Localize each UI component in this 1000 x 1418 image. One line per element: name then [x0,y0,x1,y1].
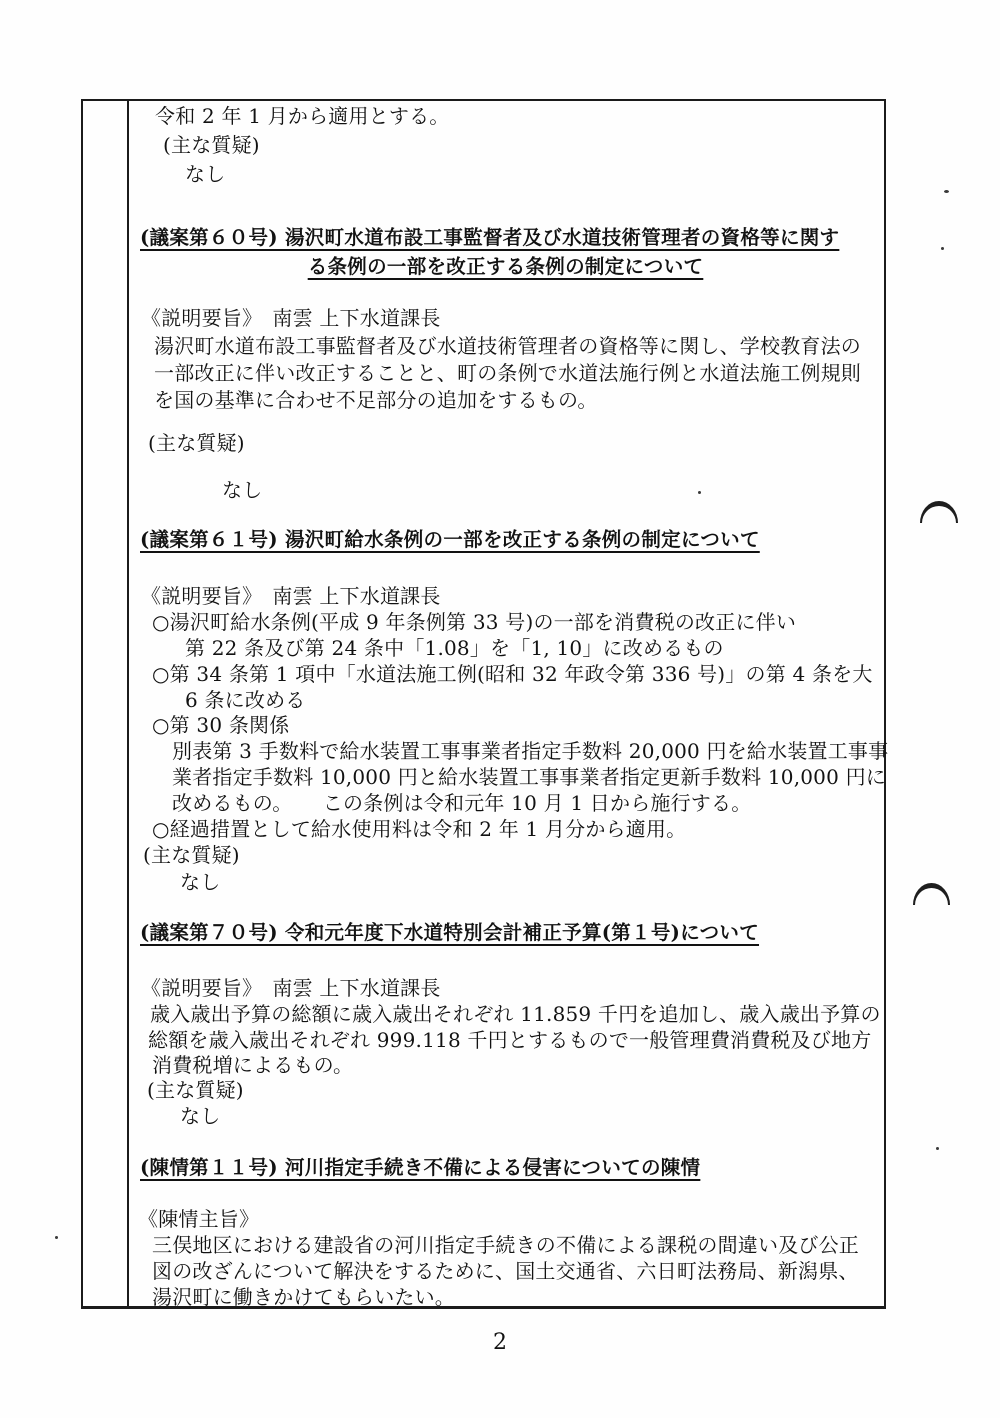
petition-11-body-line: 三俣地区における建設省の河川指定手続きの不備による課税の間違い及び公正 [152,1233,859,1258]
scan-artifact-arc [920,501,958,523]
scan-artifact-dot [55,1236,58,1239]
agenda-60-heading-line2: る条例の一部を改正する条例の制定について [130,254,881,279]
carryover-applies-line: 令和 2 年 1 月から適用とする。 [155,104,449,129]
agenda-60-body-line: 湯沢町水道布設工事監督者及び水道技術管理者の資格等に関し、学校教育法の [154,334,861,359]
agenda-60-body-line: 一部改正に伴い改正することと、町の条例で水道法施行例と水道法施工例規則 [154,361,861,386]
agenda-61-bullet-line: ○第 30 条関係 [152,713,289,738]
agenda-60-heading-line1: (議案第６０号) 湯沢町水道布設工事監督者及び水道技術管理者の資格等に関す [140,225,839,250]
petition-11-body-line: 湯沢町に働きかけてもらいたい。 [152,1285,455,1310]
agenda-61-questions-none: なし [180,870,220,895]
agenda-61-heading: (議案第６１号) 湯沢町給水条例の一部を改正する条例の制定について [140,527,760,552]
agenda-60-body-line: を国の基準に合わせ不足部分の追加をするもの。 [154,388,598,413]
agenda-70-body-line: 総額を歳入歳出それぞれ 999.118 千円とするもので一般管理費消費税及び地方 [148,1028,871,1053]
page-number: 2 [0,1330,1000,1355]
petition-11-body-line: 図の改ざんについて解決をするために、国土交通省、六日町法務局、新潟県、 [152,1259,859,1284]
agenda-70-questions-label: (主な質疑) [147,1078,244,1103]
agenda-60-questions-label: (主な質疑) [148,431,245,456]
agenda-70-presenter-line: 《説明要旨》 南雲 上下水道課長 [141,976,441,1001]
agenda-61-questions-label: (主な質疑) [143,843,240,868]
scan-artifact-arc [913,883,950,905]
agenda-60-presenter-line: 《説明要旨》 南雲 上下水道課長 [141,306,441,331]
petition-11-purpose-label: 《陳情主旨》 [138,1207,259,1232]
agenda-61-sub-line: 第 22 条及び第 24 条中「1.08」を「1, 10」に改めるもの [185,636,724,661]
agenda-61-presenter-line: 《説明要旨》 南雲 上下水道課長 [141,584,441,609]
agenda-61-sub-line: 6 条に改める [185,688,305,713]
agenda-61-sub-line: 別表第 3 手数料で給水装置工事事業者指定手数料 20,000 円を給水装置工事… [172,739,888,764]
agenda-61-bullet-line: ○経過措置として給水使用料は令和 2 年 1 月分から適用。 [152,817,686,842]
scan-artifact-dot [936,1147,939,1150]
left-margin-rule [127,100,129,1307]
carryover-questions-none: なし [185,162,225,187]
scan-artifact-dot [698,491,701,494]
petition-11-heading: (陳情第１１号) 河川指定手続き不備による侵害についての陳情 [140,1155,700,1180]
agenda-70-body-line: 消費税増によるもの。 [152,1053,353,1078]
agenda-60-questions-none: なし [222,478,262,503]
agenda-61-sub-line: 業者指定手数料 10,000 円と給水装置工事事業者指定更新手数料 10,000… [172,765,886,790]
agenda-70-body-line: 歳入歳出予算の総額に歳入歳出それぞれ 11.859 千円を追加し、歳入歳出予算の [150,1002,881,1027]
agenda-70-heading: (議案第７０号) 令和元年度下水道特別会計補正予算(第１号)について [140,920,759,945]
agenda-70-questions-none: なし [180,1104,220,1129]
scan-artifact-dot [944,190,949,193]
scanned-document-page: 令和 2 年 1 月から適用とする。 (主な質疑) なし (議案第６０号) 湯沢… [0,0,1000,1418]
agenda-61-bullet-line: ○湯沢町給水条例(平成 9 年条例第 33 号)の一部を消費税の改正に伴い [152,610,796,635]
agenda-61-sub-line: 改めるもの。 この条例は令和元年 10 月 1 日から施行する。 [172,791,751,816]
agenda-61-bullet-line: ○第 34 条第 1 項中「水道法施工例(昭和 32 年政令第 336 号)」の… [152,662,873,687]
carryover-questions-label: (主な質疑) [163,133,260,158]
scan-artifact-dot [941,247,944,250]
